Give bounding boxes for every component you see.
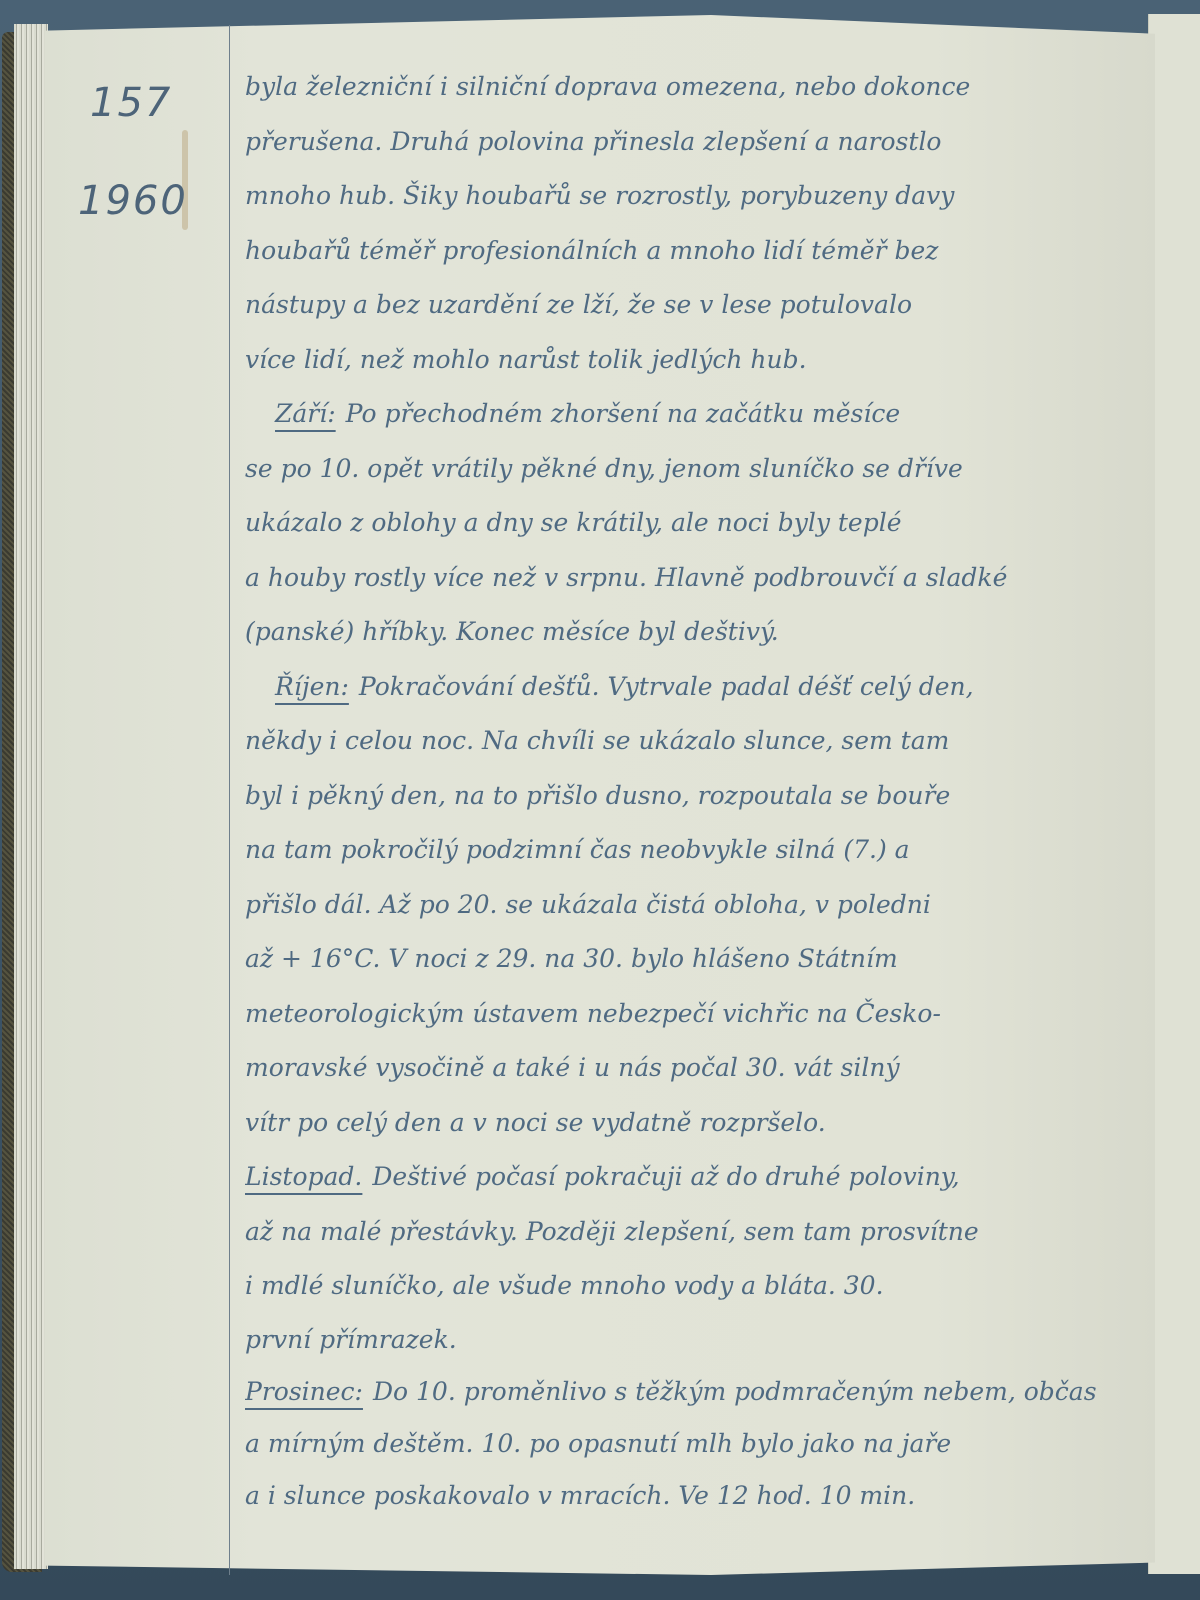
text-line: až na malé přestávky. Později zlepšení, … [245, 1205, 1105, 1260]
handwritten-text-block: byla železniční i silniční doprava omeze… [245, 60, 1105, 1522]
text-line: přišlo dál. Až po 20. se ukázala čistá o… [245, 878, 1105, 933]
section-line-october: Říjen:Pokračování dešťů. Vytrvale padal … [245, 660, 1105, 715]
section-heading: Prosinec: [245, 1377, 363, 1406]
section-line-december: Prosinec:Do 10. proměnlivo s těžkým podm… [245, 1366, 1105, 1418]
text-line: nástupy a bez uzardění ze lží, že se v l… [245, 278, 1105, 333]
text-line: ukázalo z oblohy a dny se krátily, ale n… [245, 496, 1105, 551]
section-line-november: Listopad.Deštivé počasí pokračuji až do … [245, 1150, 1105, 1205]
text-line: meteorologickým ústavem nebezpečí vichři… [245, 987, 1105, 1042]
text-line: moravské vysočině a také i u nás počal 3… [245, 1041, 1105, 1096]
text-line: a houby rostly více než v srpnu. Hlavně … [245, 551, 1105, 606]
year-note: 1960 [78, 178, 188, 224]
text-line: vítr po celý den a v noci se vydatně roz… [245, 1096, 1105, 1151]
section-heading: Říjen: [275, 672, 349, 701]
text-line: byl i pěkný den, na to přišlo dusno, roz… [245, 769, 1105, 824]
page-stack-edges [14, 24, 48, 1569]
text-line: a i slunce poskakovalo v mracích. Ve 12 … [245, 1470, 1105, 1522]
page-number: 157 [90, 80, 172, 126]
text-line: i mdlé sluníčko, ale všude mnoho vody a … [245, 1259, 1105, 1314]
section-heading: Září: [275, 399, 336, 428]
text-line: mnoho hub. Šiky houbařů se rozrostly, po… [245, 169, 1105, 224]
text-line: někdy i celou noc. Na chvíli se ukázalo … [245, 714, 1105, 769]
next-page-edge [1148, 14, 1200, 1574]
text-line: a mírným deštěm. 10. po opasnutí mlh byl… [245, 1418, 1105, 1470]
text-line: houbařů téměř profesionálních a mnoho li… [245, 224, 1105, 279]
section-line-september: Září:Po přechodném zhoršení na začátku m… [245, 387, 1105, 442]
text-line: přerušena. Druhá polovina přinesla zlepš… [245, 115, 1105, 170]
text-line: první přímrazek. [245, 1314, 1105, 1366]
margin-rule [229, 25, 230, 1575]
text-line: více lidí, než mohlo narůst tolik jedlýc… [245, 333, 1105, 388]
section-heading: Listopad. [245, 1162, 362, 1191]
text-line: (panské) hříbky. Konec měsíce byl deštiv… [245, 605, 1105, 660]
text-line: na tam pokročilý podzimní čas neobvykle … [245, 823, 1105, 878]
text-line: byla železniční i silniční doprava omeze… [245, 60, 1105, 115]
text-line: se po 10. opět vrátily pěkné dny, jenom … [245, 442, 1105, 497]
text-line: až + 16°C. V noci z 29. na 30. bylo hláš… [245, 932, 1105, 987]
